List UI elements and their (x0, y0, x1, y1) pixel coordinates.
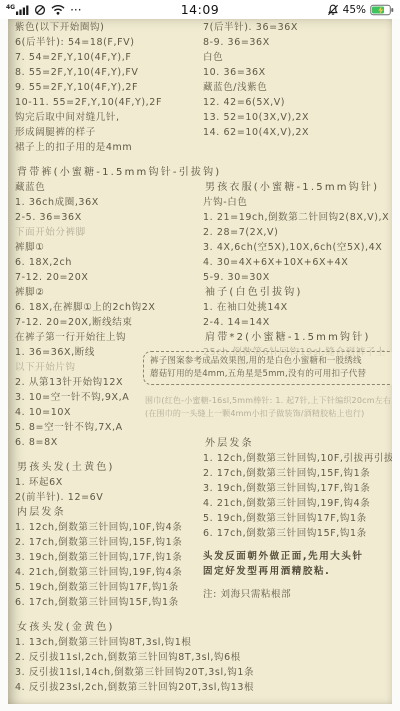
text-line: 男孩衣服(小蜜糖-1.5mm钩针) (203, 180, 392, 195)
text-line: 12. 42=6(5X,V) (203, 95, 392, 110)
text-line: 藏蓝色/浅紫色 (203, 80, 392, 95)
text-line: 6. 18X,在裤脚①上的2ch钩2X (15, 300, 201, 315)
text-line: 1. 13ch,倒数第三针回钩8T,3sl,钩1根 (15, 635, 201, 650)
pants-note-box: 裤子图案参考成品效果图,用的是白色小蜜糖和一股绣线 蘑菇钉用的是4mm,五角星是… (143, 351, 392, 385)
right-column: 7(后半针). 36=36X8-9. 36=36X白色10. 36=36X藏蓝色… (203, 20, 392, 602)
note-box-line-1: 裤子图案参考成品效果图,用的是白色小蜜糖和一股绣线 (150, 355, 392, 368)
text-line: 10. 36=36X (203, 65, 392, 80)
text-line: 3. 19ch,倒数第三针回钩,17F,钩1条 (15, 550, 201, 565)
text-line: 紫色(以下开始圈钩) (15, 20, 201, 35)
text-line: 4. 21ch,倒数第三针回钩,19F,钩4条 (203, 496, 392, 511)
text-line: 背带裤(小蜜糖-1.5mm钩针-引拔钩) (15, 165, 201, 180)
text-line: 7(后半针). 36=36X (203, 20, 392, 35)
text-line: 钩完后取中间对缝几针, (15, 110, 201, 125)
text-line: 7-12. 20=20X (15, 270, 201, 285)
scarf-note-line-2: (在围巾的一头缝上一颗4mm小扣子做装饰/酒精胶粘上也行) (145, 407, 391, 420)
mute-bell-icon (327, 4, 339, 16)
note-box-line-2: 蘑菇钉用的是4mm,五角星是5mm,没有的可用扣子代替 (150, 368, 392, 381)
spacer (15, 610, 201, 620)
battery-icon (370, 4, 394, 16)
spacer (15, 155, 201, 165)
text-line: 裤脚② (15, 285, 201, 300)
text-line: 2. 28=7(2X,V) (203, 225, 392, 240)
spacer (15, 450, 201, 460)
text-line: 3. 19ch,倒数第三针回钩,17F,钩1条 (203, 481, 392, 496)
text-line: 2. 17ch,倒数第三针回钩,15F,钩1条 (15, 535, 201, 550)
text-line: 8-9. 36=36X (203, 35, 392, 50)
text-line: 9. 55=2F,Y,10(4F,Y),2F (15, 80, 201, 95)
text-line: 7. 54=2F,Y,10(4F,Y),F (15, 50, 201, 65)
spacer (203, 140, 392, 180)
document-page: 紫色(以下开始圈钩)6(后半针): 54=18(F,FV)7. 54=2F,Y,… (8, 19, 392, 704)
text-line: 4. 反引拔23sl,2ch,倒数第三针回钩20T,3sl,钩13根 (15, 680, 201, 695)
text-line: 2. 17ch,倒数第三针回钩,15F,钩1条 (203, 466, 392, 481)
text-line: 4. 21ch,倒数第三针回钩,19F,钩4条 (15, 565, 201, 580)
text-line: 6. 17ch,倒数第三针回钩15F,钩1条 (203, 526, 392, 541)
text-line: 1. 在袖口处挑14X (203, 300, 392, 315)
do-not-disturb-icon (34, 4, 46, 16)
text-line: 6. 8=8X (15, 435, 201, 450)
text-line: 2(前半针). 12=6V (15, 490, 201, 505)
text-line: 裙子上的扣子用的是4mm (15, 140, 201, 155)
scarf-note: 围巾(红色-小蜜糖-16sl,5mm棒针: 1. 起7针,上下针编织20cm左右… (145, 394, 391, 420)
text-line: 3. 反引拔11sl,14ch,倒数第三针回钩20T,3sl,钩1条 (15, 665, 201, 680)
text-line: 头发反面朝外做正面,先用大头针 (203, 549, 392, 564)
cellular-signal-icon: 4G (6, 4, 29, 15)
text-line: 6(后半针): 54=18(F,FV) (15, 35, 201, 50)
more-icon: ··· (70, 5, 81, 15)
text-line: 1. 环起6X (15, 475, 201, 490)
text-line: 5. 19ch,倒数第三针回钩17F,钩1条 (203, 511, 392, 526)
text-line: 8. 55=2F,Y,10(4F,Y),FV (15, 65, 201, 80)
text-line: 注: 刘海只需粘根部 (203, 587, 392, 602)
text-line: 6. 18X,2ch (15, 255, 201, 270)
status-bar: 4G ··· 14:09 45% (0, 0, 400, 19)
text-line: 2-4. 14=14X (203, 315, 392, 330)
text-line: 6. 17ch,倒数第三针回钩15F,钩1条 (15, 595, 201, 610)
text-line: 裤脚① (15, 240, 201, 255)
text-line: 片钩-白色 (203, 195, 392, 210)
text-line: 3. 4X,6ch(空5X),10X,6ch(空5X),4X (203, 240, 392, 255)
text-line: 1. 12ch,倒数第三针回钩,10F,引拔再引拔,钩2条 (203, 451, 392, 466)
text-line: 女孩头发(金黄色) (15, 620, 201, 635)
text-line: 13. 52=10(3X,V),2X (203, 110, 392, 125)
text-line: 肩带*2(小蜜糖-1.5mm钩针) (203, 330, 392, 345)
text-line: 固定好发型再用酒精胶粘. (203, 564, 392, 579)
text-line: 7-12. 20=20X,断线结束 (15, 315, 201, 330)
signal-bars-icon (16, 4, 29, 15)
wifi-icon (51, 4, 65, 15)
scarf-note-line-1: 围巾(红色-小蜜糖-16sl,5mm棒针: 1. 起7针,上下针编织20cm左右 (145, 394, 391, 407)
text-line: 1. 36ch成圈,36X (15, 195, 201, 210)
text-line: 2-5. 36=36X (15, 210, 201, 225)
status-bar-right: 45% (264, 4, 400, 16)
text-line: 袖子(白色引拔钩) (203, 285, 392, 300)
spacer (203, 579, 392, 587)
text-line: 1. 21=19ch,倒数第二针回钩2(8X,V),X (203, 210, 392, 225)
text-line: 白色 (203, 50, 392, 65)
text-line: 外层发条 (203, 436, 392, 451)
text-line: 形成阔腿裤的样子 (15, 125, 201, 140)
text-line: 下面开始分裤脚 (15, 225, 201, 240)
text-line: 5. 8=空一针不钩,7X,A (15, 420, 201, 435)
text-line: 内层发条 (15, 505, 201, 520)
battery-percent-label: 45% (343, 4, 366, 16)
text-line: 4. 30=4X+6X+10X+6X+4X (203, 255, 392, 270)
clock: 14:09 (181, 2, 220, 17)
text-line: 14. 62=10(4X,V),2X (203, 125, 392, 140)
text-line: 5. 19ch,倒数第三针回钩17F,钩1条 (15, 580, 201, 595)
text-line: 1. 12ch,倒数第三针回钩,10F,钩4条 (15, 520, 201, 535)
text-line: 藏蓝色 (15, 180, 201, 195)
status-bar-left: 4G ··· (0, 4, 136, 16)
spacer (203, 541, 392, 549)
text-line: 2. 反引拔11sl,2ch,倒数第三针回钩8T,3sl,钩6根 (15, 650, 201, 665)
text-line: 10-11. 55=2F,Y,10(4F,Y),2F (15, 95, 201, 110)
network-type-label: 4G (6, 5, 15, 11)
text-line: 在裤子第一行开始往上钩 (15, 330, 201, 345)
text-line: 5-9. 30=30X (203, 270, 392, 285)
text-line: 男孩头发(土黄色) (15, 460, 201, 475)
